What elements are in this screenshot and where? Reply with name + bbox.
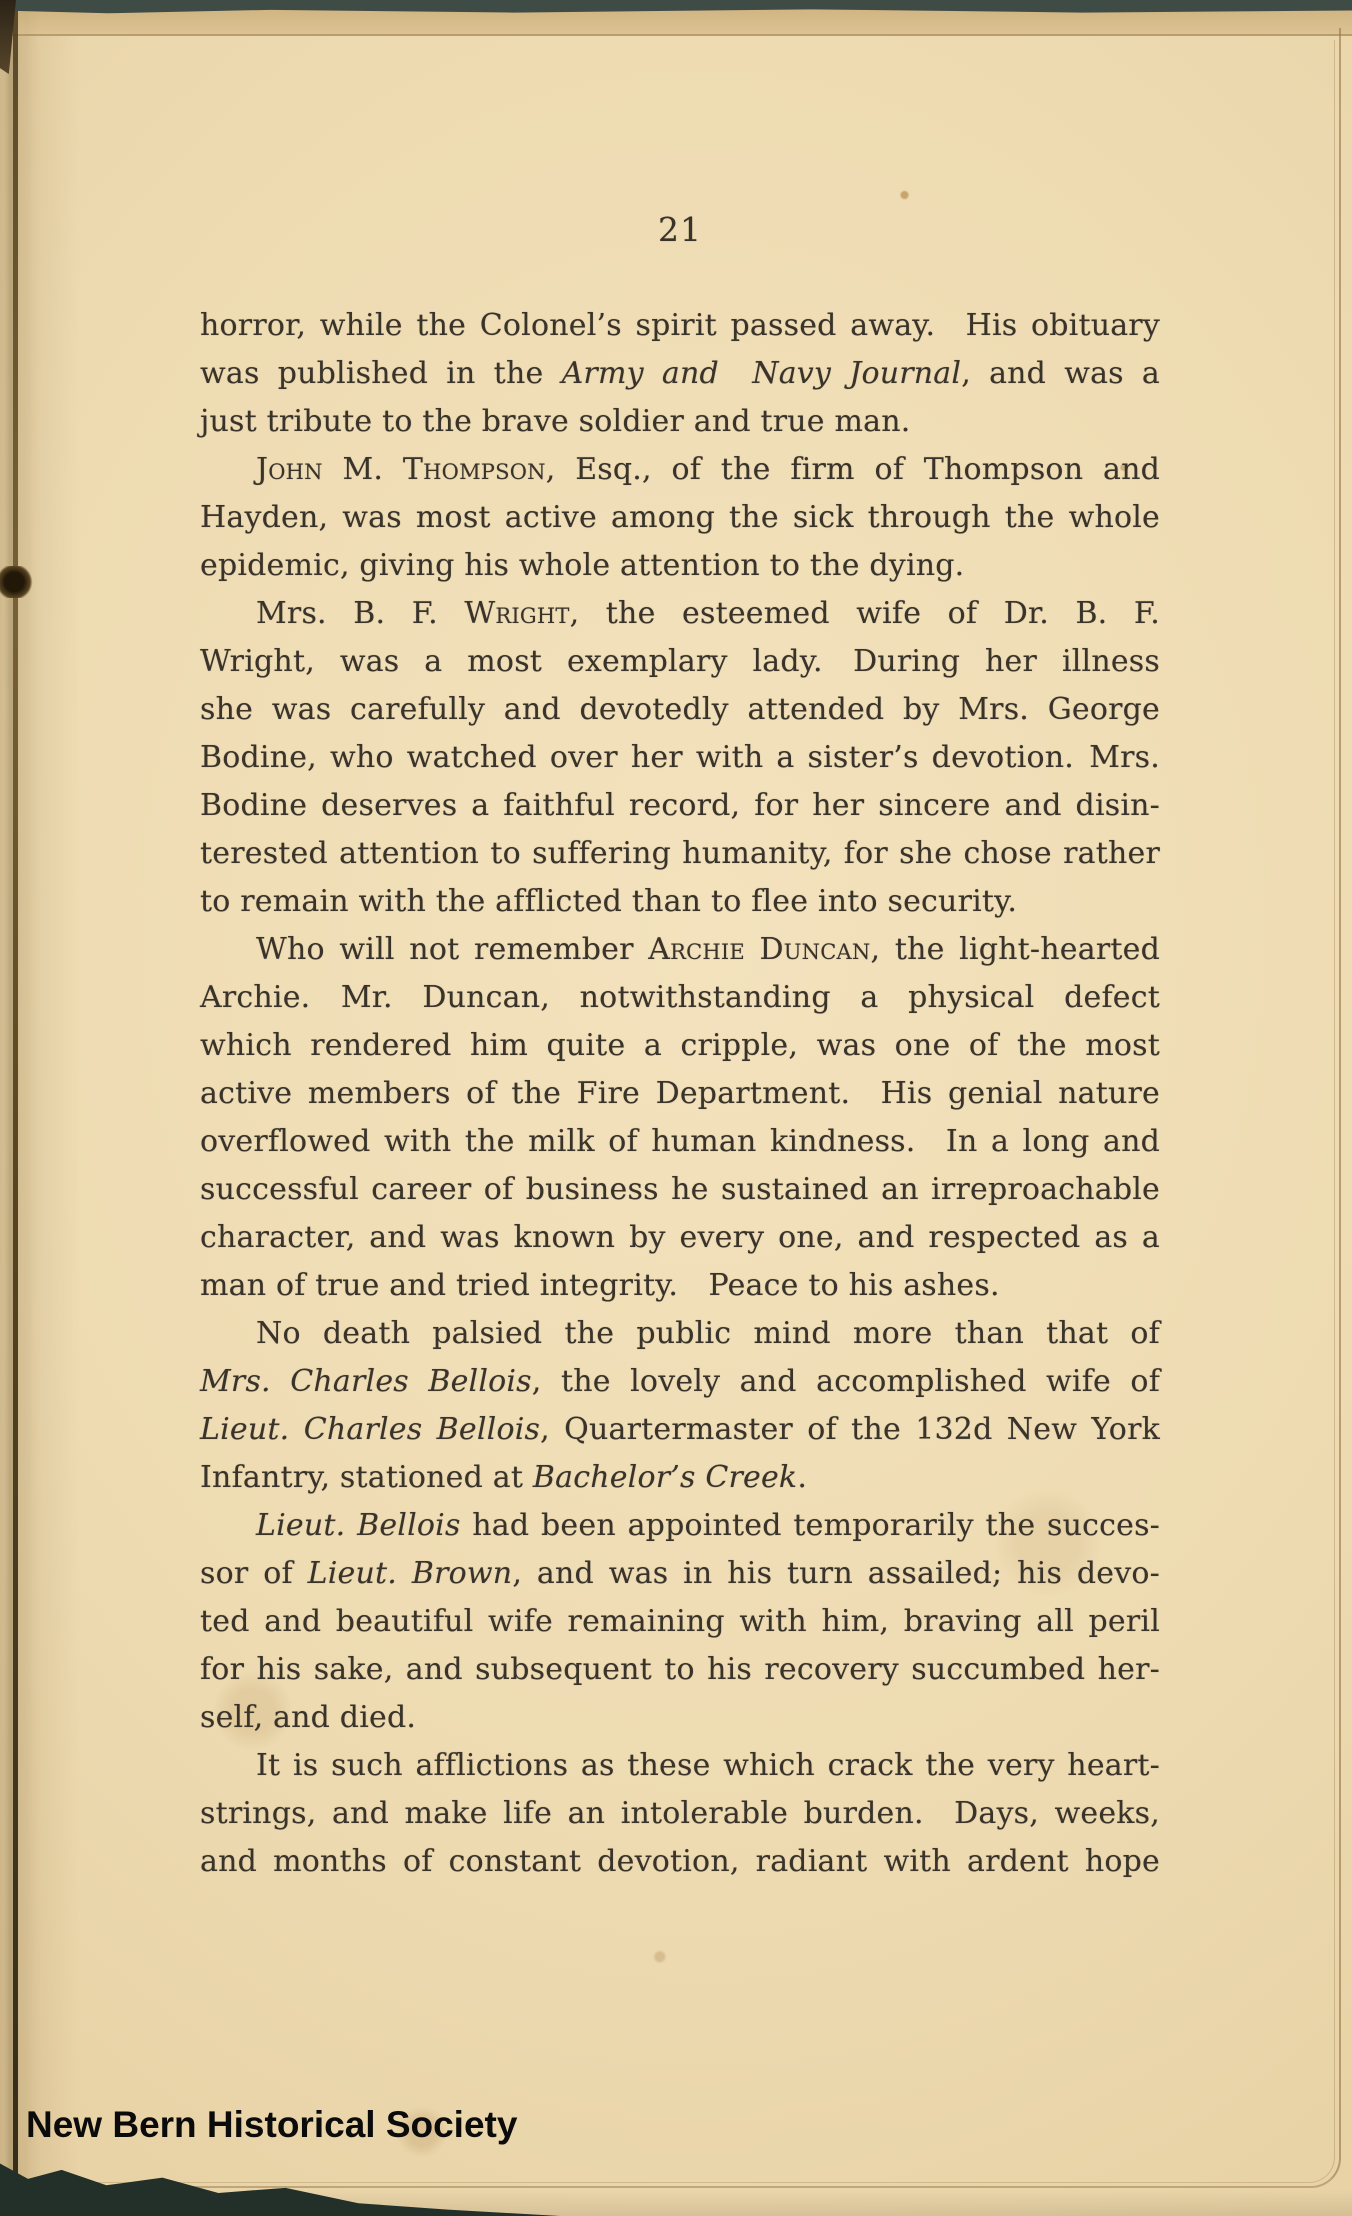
- italic-text: Lieut. Charles Bellois: [200, 1412, 540, 1447]
- text-line: John M. Thompson, Esq., of the firm of T…: [200, 446, 1160, 494]
- text-line: active members of the Fire Department. H…: [200, 1070, 1160, 1118]
- body-text: overflowed with the milk of human kindne…: [200, 1124, 1160, 1159]
- body-text: Archie. Mr. Duncan, notwithstanding a ph…: [200, 980, 1160, 1015]
- book-page: 21 horror, while the Colonel’s spirit pa…: [0, 0, 1352, 2216]
- text-line: to remain with the afflicted than to fle…: [200, 878, 1160, 926]
- body-text: man of true and tried integrity. Peace t…: [200, 1268, 1000, 1303]
- text-line: Who will not remember Archie Duncan, the…: [200, 926, 1160, 974]
- text-line: Archie. Mr. Duncan, notwithstanding a ph…: [200, 974, 1160, 1022]
- text-block: horror, while the Colonel’s spirit passe…: [200, 302, 1160, 1886]
- text-line: Bodine, who watched over her with a sist…: [200, 734, 1160, 782]
- text-line: sor of Lieut. Brown, and was in his turn…: [200, 1550, 1160, 1598]
- body-text: which rendered him quite a cripple, was …: [200, 1028, 1160, 1063]
- text-line: strings, and make life an intolerable bu…: [200, 1790, 1160, 1838]
- body-text: for his sake, and subsequent to his reco…: [200, 1652, 1160, 1687]
- text-line: and months of constant devotion, radiant…: [200, 1838, 1160, 1886]
- body-text: Hayden, was most active among the sick t…: [200, 500, 1160, 535]
- body-text: strings, and make life an intolerable bu…: [200, 1796, 1160, 1831]
- body-text: Bodine deserves a faithful record, for h…: [200, 788, 1160, 823]
- text-line: Mrs. Charles Bellois, the lovely and acc…: [200, 1358, 1160, 1406]
- text-line: epidemic, giving his whole attention to …: [200, 542, 1160, 590]
- text-line: Hayden, was most active among the sick t…: [200, 494, 1160, 542]
- body-text: she was carefully and devotedly attended…: [200, 692, 1160, 727]
- body-text: .: [797, 1460, 807, 1495]
- body-text: Wright, was a most exemplary lady. Durin…: [200, 644, 1160, 679]
- text-line: Infantry, stationed at Bachelor’s Creek.: [200, 1454, 1160, 1502]
- body-text: epidemic, giving his whole attention to …: [200, 548, 964, 583]
- binding-gutter: [13, 0, 18, 2216]
- body-text: , the light-hearted: [870, 932, 1160, 967]
- body-text: Who will not remember: [256, 932, 648, 967]
- text-line: Bodine deserves a faithful record, for h…: [200, 782, 1160, 830]
- body-text: terested attention to suffering humanity…: [200, 836, 1160, 871]
- body-text: , Esq., of the firm of Thompson and: [546, 452, 1160, 487]
- body-text: was published in the: [200, 356, 562, 391]
- text-line: was published in the Army and Navy Journ…: [200, 350, 1160, 398]
- body-text: , the lovely and accomplished wife of: [532, 1364, 1160, 1399]
- italic-text: Bachelor’s Creek: [533, 1460, 797, 1495]
- italic-text: Lieut. Brown: [308, 1556, 513, 1591]
- body-text: Bodine, who watched over her with a sist…: [200, 740, 1160, 775]
- body-text: No death palsied the public mind more th…: [256, 1316, 1160, 1351]
- body-text: , Quartermaster of the 132d New York: [540, 1412, 1160, 1447]
- smallcaps-name: John M. Thompson: [256, 452, 546, 487]
- body-text: character, and was known by every one, a…: [200, 1220, 1160, 1255]
- body-text: , and was in his turn assailed; his devo…: [512, 1556, 1160, 1591]
- text-line: just tribute to the brave soldier and tr…: [200, 398, 1160, 446]
- page-number: 21: [200, 210, 1160, 249]
- text-line: which rendered him quite a cripple, was …: [200, 1022, 1160, 1070]
- body-text: ted and beautiful wife remaining with hi…: [200, 1604, 1160, 1639]
- body-text: just tribute to the brave soldier and tr…: [200, 404, 911, 439]
- text-line: Lieut. Charles Bellois, Quartermaster of…: [200, 1406, 1160, 1454]
- text-line: No death palsied the public mind more th…: [200, 1310, 1160, 1358]
- body-text: Infantry, stationed at: [200, 1460, 533, 1495]
- body-text: Mrs. B. F.: [256, 596, 464, 631]
- text-line: character, and was known by every one, a…: [200, 1214, 1160, 1262]
- body-text: active members of the Fire Department. H…: [200, 1076, 1160, 1111]
- smallcaps-name: Wright: [464, 596, 569, 631]
- italic-text: Army and Navy Journal: [562, 356, 962, 391]
- body-text: sor of: [200, 1556, 308, 1591]
- body-text: self, and died.: [200, 1700, 416, 1735]
- text-line: terested attention to suffering humanity…: [200, 830, 1160, 878]
- body-text: , and was a: [961, 356, 1160, 391]
- text-line: Lieut. Bellois had been appointed tempor…: [200, 1502, 1160, 1550]
- body-text: to remain with the afflicted than to fle…: [200, 884, 1017, 919]
- body-text: , the esteemed wife of Dr. B. F.: [570, 596, 1160, 631]
- body-text: successful career of business he sustain…: [200, 1172, 1160, 1207]
- binding-knot: [0, 566, 34, 598]
- text-line: ted and beautiful wife remaining with hi…: [200, 1598, 1160, 1646]
- body-text: and months of constant devotion, radiant…: [200, 1844, 1160, 1879]
- body-text: horror, while the Colonel’s spirit passe…: [200, 308, 1160, 343]
- smallcaps-name: Archie Duncan: [648, 932, 870, 967]
- text-line: horror, while the Colonel’s spirit passe…: [200, 302, 1160, 350]
- body-text: had been appointed temporarily the succe…: [461, 1508, 1160, 1543]
- body-text: It is such afflictions as these which cr…: [256, 1748, 1160, 1783]
- text-line: overflowed with the milk of human kindne…: [200, 1118, 1160, 1166]
- text-line: successful career of business he sustain…: [200, 1166, 1160, 1214]
- text-line: Wright, was a most exemplary lady. Durin…: [200, 638, 1160, 686]
- text-line: man of true and tried integrity. Peace t…: [200, 1262, 1160, 1310]
- text-line: Mrs. B. F. Wright, the esteemed wife of …: [200, 590, 1160, 638]
- text-line: It is such afflictions as these which cr…: [200, 1742, 1160, 1790]
- text-line: she was carefully and devotedly attended…: [200, 686, 1160, 734]
- watermark-label: New Bern Historical Society: [26, 2104, 517, 2146]
- scan-background: 21 horror, while the Colonel’s spirit pa…: [0, 0, 1352, 2216]
- text-line: self, and died.: [200, 1694, 1160, 1742]
- text-line: for his sake, and subsequent to his reco…: [200, 1646, 1160, 1694]
- italic-text: Lieut. Bellois: [256, 1508, 461, 1543]
- italic-text: Mrs. Charles Bellois: [200, 1364, 532, 1399]
